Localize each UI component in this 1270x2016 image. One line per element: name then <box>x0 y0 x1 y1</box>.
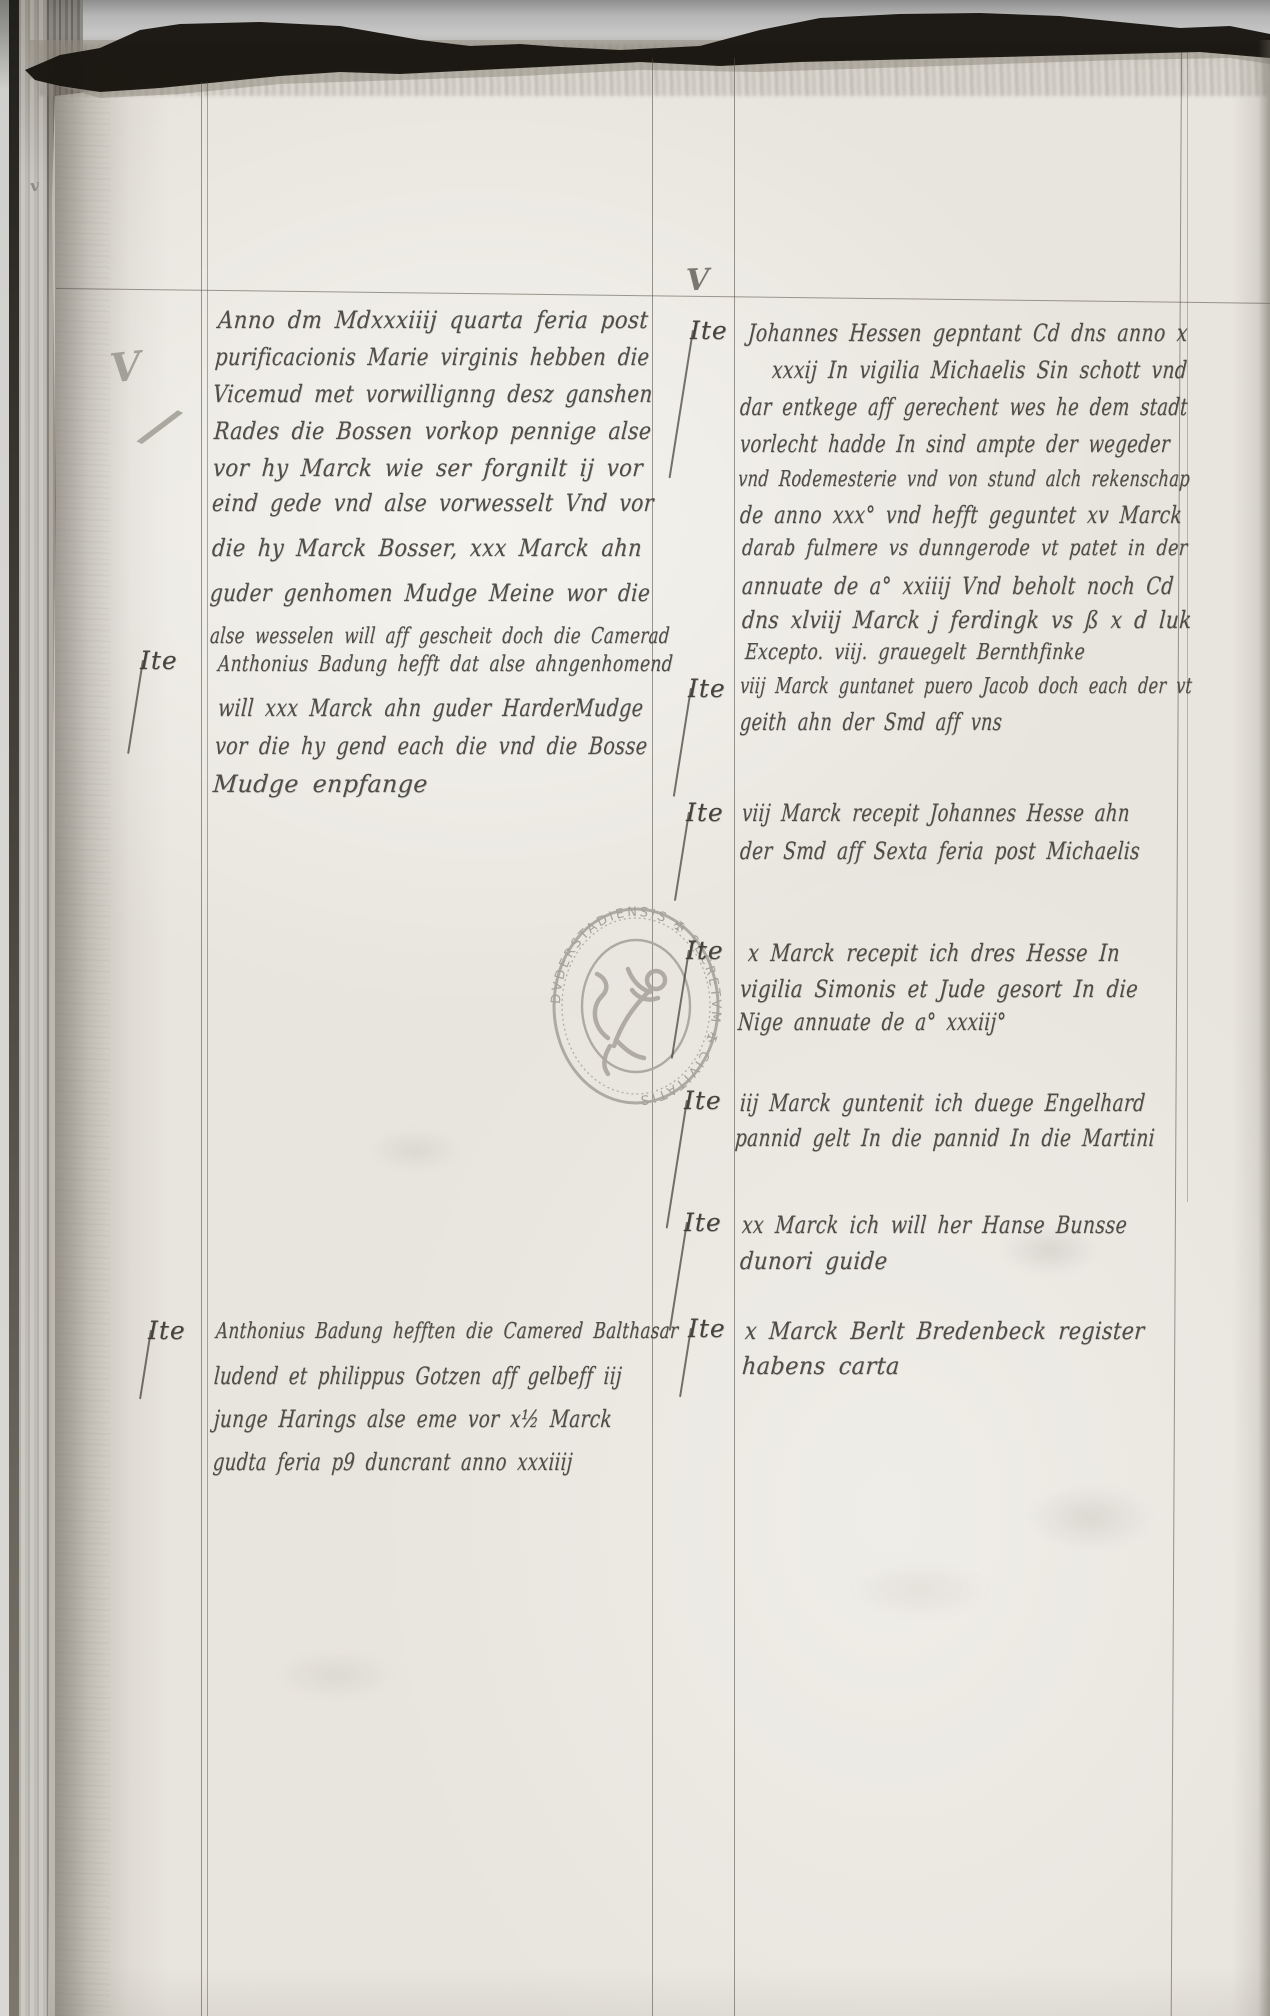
book-top-edge <box>0 0 1270 120</box>
manuscript-line: de anno xxx° vnd hefft geguntet xv Marck <box>739 502 1183 528</box>
manuscript-line: Excepto. viij. grauegelt Bernthfinke <box>744 641 1086 665</box>
manuscript-line: vigilia Simonis et Jude gesort In die <box>739 976 1139 1002</box>
manuscript-line: x Marck Berlt Bredenbeck register <box>744 1318 1145 1344</box>
paper-edge-fibers <box>55 60 110 2016</box>
manuscript-line: Vicemud met vorwillignng desz ganshen <box>212 381 654 407</box>
left-margin-rule-a <box>201 82 202 2016</box>
bleed-through-smudge <box>820 1550 1020 1630</box>
manuscript-line: Anthonius Badung hefften die Camered Bal… <box>215 1320 679 1344</box>
manuscript-line: geith ahn der Smd aff vns <box>739 709 1003 735</box>
manuscript-line: viij Marck recepit Johannes Hesse ahn <box>741 800 1131 826</box>
manuscript-line: vnd Rodemesterie vnd von stund alch reke… <box>737 468 1191 492</box>
item-marker: Ite <box>690 318 728 343</box>
item-marker: Ite <box>686 800 724 825</box>
left-margin-rule-b <box>207 82 208 2016</box>
manuscript-line: ludend et philippus Gotzen aff gelbeff i… <box>213 1363 623 1389</box>
page-right-edge-shading <box>1258 40 1270 2016</box>
check-mark: V <box>685 266 709 297</box>
item-marker: Ite <box>684 1088 722 1113</box>
manuscript-line: alse wesselen will aff gescheit doch die… <box>209 625 670 649</box>
item-marker: Ite <box>684 1210 722 1235</box>
center-gutter-rule-b <box>734 58 735 2016</box>
manuscript-line: dar entkege aff gerechent wes he dem sta… <box>739 394 1189 420</box>
manuscript-line: guder genhomen Mudge Meine wor die <box>209 580 651 606</box>
item-marker: Ite <box>688 676 726 701</box>
manuscript-line: Anno dm Mdxxxiiij quarta feria post <box>217 307 649 333</box>
manuscript-line: will xxx Marck ahn guder HarderMudge <box>217 695 644 721</box>
manuscript-line: dns xlviij Marck j ferdingk vs ß x d luk <box>741 607 1193 633</box>
manuscript-line: Johannes Hessen gepntant Cd dns anno x <box>747 320 1189 346</box>
manuscript-line: Nige annuate de a° xxxiij° <box>737 1009 1007 1035</box>
manuscript-line: vor hy Marck wie ser forgnilt ij vor <box>212 455 644 481</box>
manuscript-line: Mudge enpfange <box>212 771 429 797</box>
manuscript-line: x Marck recepit ich dres Hesse In <box>747 940 1121 966</box>
manuscript-line: xx Marck ich will her Hanse Bunsse <box>741 1212 1128 1238</box>
manuscript-line: junge Harings alse eme vor x½ Marck <box>213 1406 613 1432</box>
manuscript-line: dunori guide <box>739 1248 888 1274</box>
bleed-through-smudge <box>1000 1470 1180 1565</box>
manuscript-line: Rades die Bossen vorkop pennige alse <box>213 418 652 444</box>
bleed-through-smudge <box>350 1120 480 1180</box>
rampant-lion-icon <box>595 969 665 1074</box>
manuscript-line: annuate de a° xxiiij Vnd beholt noch Cd <box>741 573 1175 599</box>
manuscript-line: die hy Marck Bosser, xxx Marck ahn <box>211 535 643 561</box>
manuscript-line: der Smd aff Sexta feria post Michaelis <box>739 838 1141 864</box>
manuscript-line: habens carta <box>741 1353 901 1379</box>
manuscript-line: pannid gelt In die pannid In die Martini <box>734 1125 1156 1151</box>
manuscript-line: xxxij In vigilia Michaelis Sin schott vn… <box>771 357 1188 383</box>
manuscript-line: gudta feria p9 duncrant anno xxxiiij <box>212 1449 574 1475</box>
manuscript-scan: DVDERSTADIENSIS ✠ SECRETVM ✠ CIVITATIS A… <box>0 0 1270 2016</box>
manuscript-line: Anthonius Badung hefft dat alse ahngenho… <box>217 653 674 677</box>
manuscript-line: vorlecht hadde In sind ampte der wegeder <box>739 431 1171 457</box>
manuscript-line: vor die hy gend each die vnd die Bosse <box>214 733 648 759</box>
item-marker: Ite <box>148 1318 186 1343</box>
item-marker: Ite <box>140 648 178 673</box>
manuscript-line: darab fulmere vs dunngerode vt patet in … <box>741 537 1188 561</box>
item-marker: Ite <box>688 1316 726 1341</box>
scanner-edge-strip <box>0 0 9 2016</box>
bleed-through-smudge <box>250 1640 420 1710</box>
manuscript-line: purificacionis Marie virginis hebben die <box>214 344 650 370</box>
manuscript-line: eind gede vnd alse vorwesselt Vnd vor <box>211 490 655 516</box>
item-marker: Ite <box>686 938 724 963</box>
page-stack-edge <box>19 0 47 2016</box>
book-spine-dark-edge <box>9 0 19 2016</box>
manuscript-line: viij Marck guntanet puero Jacob doch eac… <box>739 675 1193 699</box>
manuscript-line: iij Marck guntenit ich duege Engelhard <box>739 1090 1146 1116</box>
check-mark: V <box>108 346 143 389</box>
